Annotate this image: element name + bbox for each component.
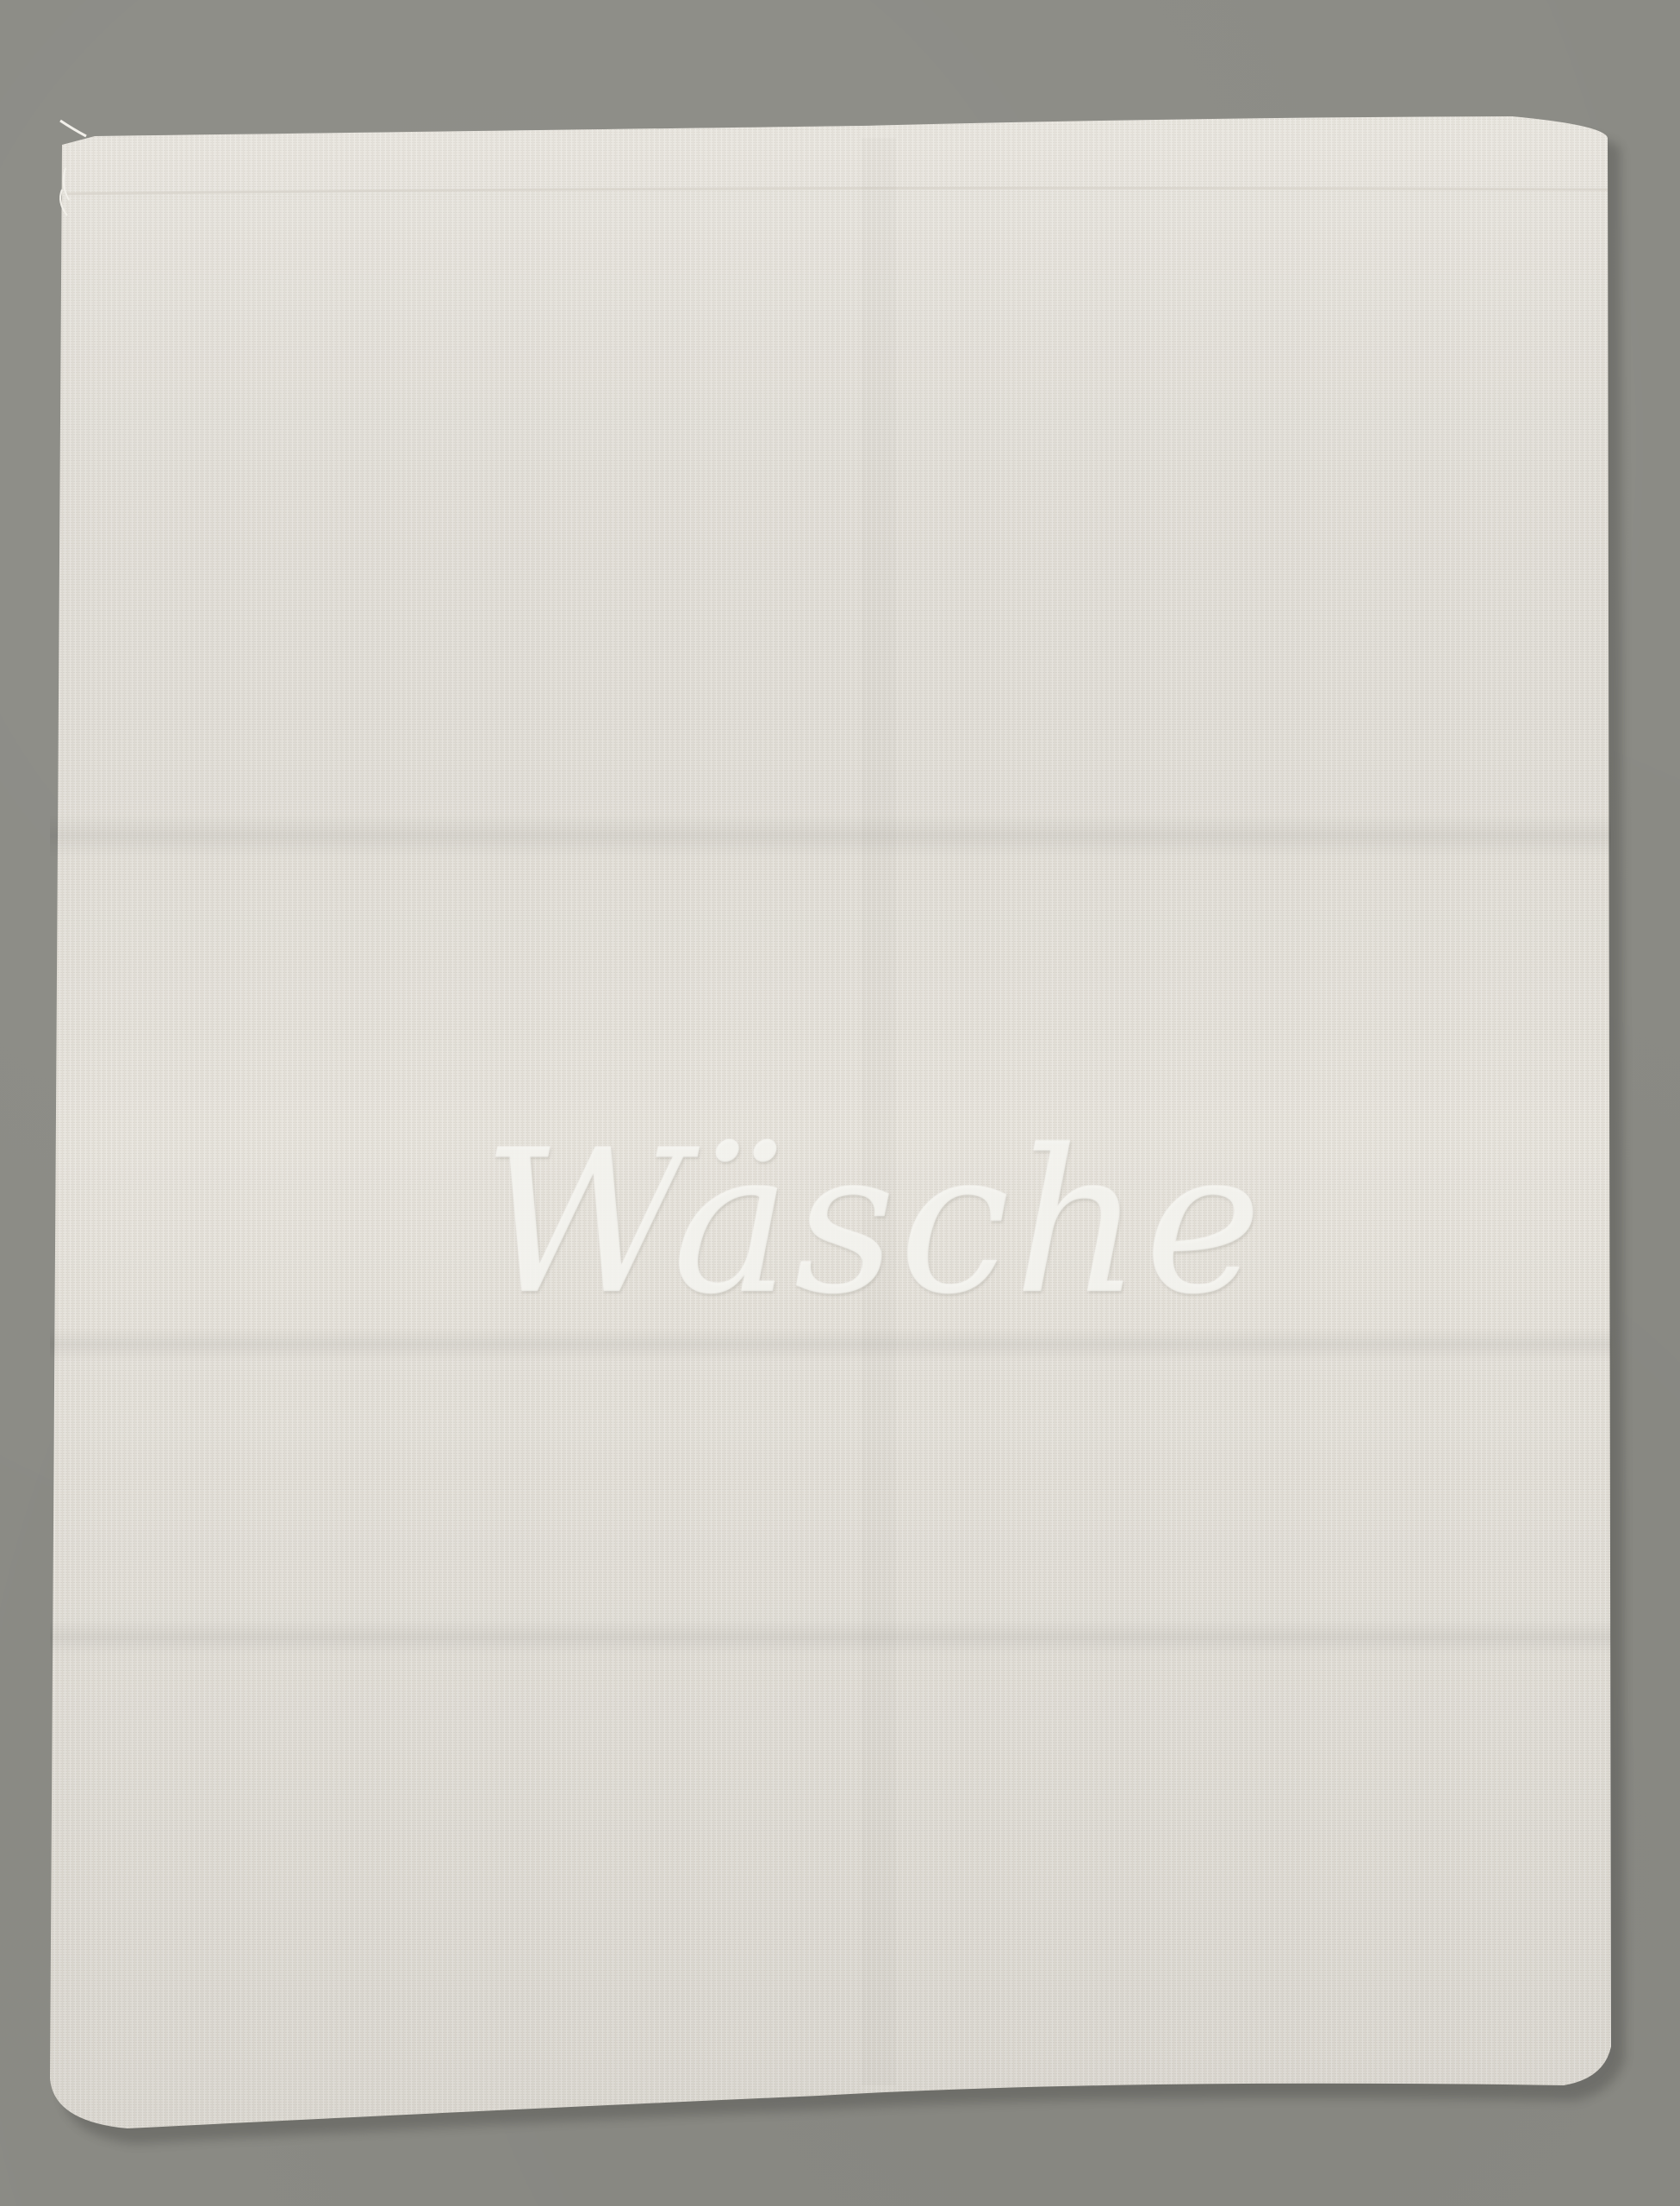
laundry-bag	[0, 0, 1680, 2206]
photo-scene: Wäsche	[0, 0, 1680, 2206]
laundry-bag-shape	[0, 0, 1680, 2206]
